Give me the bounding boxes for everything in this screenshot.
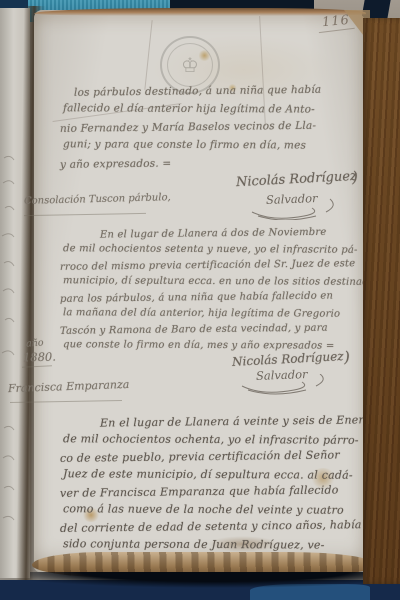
rubric-flourish bbox=[248, 198, 338, 220]
rubric-flourish bbox=[238, 374, 328, 396]
page-top-stained-edge bbox=[34, 8, 366, 16]
manuscript-line: del corriente de edad de setenta y cinco… bbox=[60, 516, 360, 537]
signature-flourish: ) bbox=[352, 168, 359, 186]
signature-flourish: ) bbox=[344, 348, 351, 366]
page-number: 116 bbox=[321, 13, 350, 30]
entry-consolacion: En el lugar de Llanera á dos de Noviembr… bbox=[60, 226, 360, 354]
entry-francisca: En el lugar de Llanera á veinte y seis d… bbox=[60, 413, 360, 571]
manuscript-line: co de este pueblo, previa certificación … bbox=[60, 446, 360, 467]
margin-year: 1880. bbox=[23, 350, 56, 365]
crown-icon: ♔ bbox=[181, 53, 199, 77]
book-fore-edge bbox=[363, 18, 400, 584]
book-cast-shadow bbox=[30, 572, 400, 588]
manuscript-line: ver de Francisca Emparanza que había fal… bbox=[60, 481, 360, 502]
manuscript-line: En el lugar de Llanera á veinte y seis d… bbox=[100, 411, 360, 432]
entry-continuation: los párbulos destinado, á una niña que h… bbox=[60, 82, 360, 172]
photograph-of-register-book: ♔ 116 los párbulos destinado, á una niña… bbox=[0, 0, 400, 600]
margin-year-label: año bbox=[26, 337, 44, 349]
